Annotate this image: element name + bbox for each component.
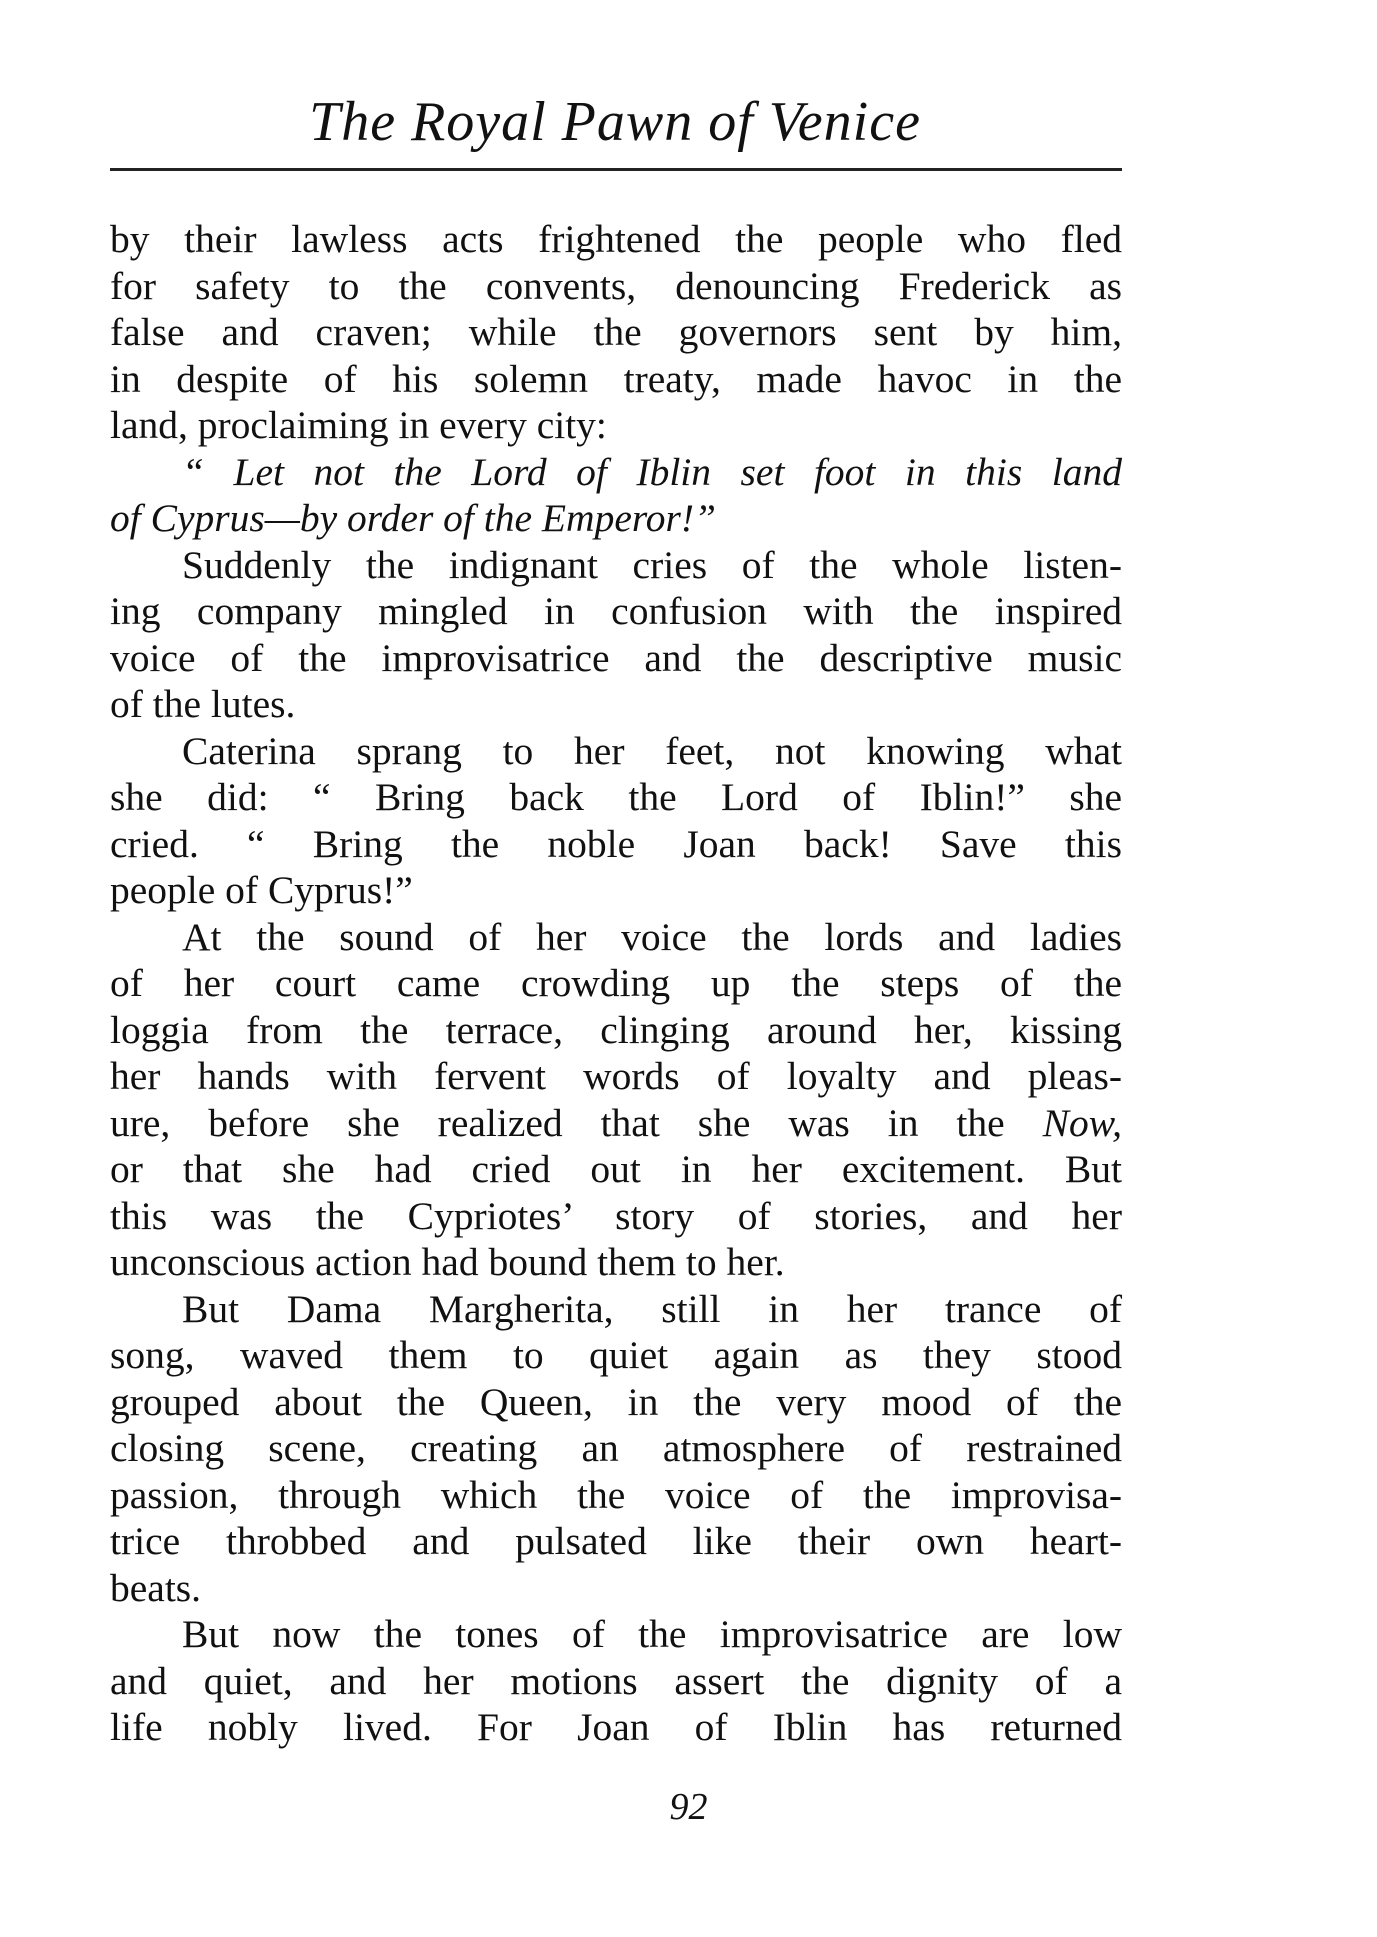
text-line: in despite of his solemn treaty, made ha… <box>110 356 1122 403</box>
emphasis: Now, <box>1043 1101 1122 1145</box>
text-line: land, proclaiming in every city: <box>110 402 1122 449</box>
text-line: of Cyprus—by order of the Emperor!” <box>110 495 1122 542</box>
text-line: voice of the improvisatrice and the desc… <box>110 635 1122 682</box>
text-line: loggia from the terrace, clinging around… <box>110 1007 1122 1054</box>
text-line: closing scene, creating an atmosphere of… <box>110 1425 1122 1472</box>
page-number: 92 <box>0 1785 1377 1829</box>
text-line: song, waved them to quiet again as they … <box>110 1332 1122 1379</box>
text-line: this was the Cypriotes’ story of stories… <box>110 1193 1122 1240</box>
text-line: But now the tones of the improvisatrice … <box>110 1611 1122 1658</box>
text-line: ing company mingled in confusion with th… <box>110 588 1122 635</box>
text-line: false and craven; while the governors se… <box>110 309 1122 356</box>
text-line: trice throbbed and pulsated like their o… <box>110 1518 1122 1565</box>
text-line: she did: “ Bring back the Lord of Iblin!… <box>110 774 1122 821</box>
text-line: people of Cyprus!” <box>110 867 1122 914</box>
text-line: beats. <box>110 1565 1122 1612</box>
text-line: of the lutes. <box>110 681 1122 728</box>
text-line: or that she had cried out in her excitem… <box>110 1146 1122 1193</box>
text-line: At the sound of her voice the lords and … <box>110 914 1122 961</box>
body-text: by their lawless acts frightened the peo… <box>110 216 1122 1751</box>
text-line: for safety to the convents, denouncing F… <box>110 263 1122 310</box>
text-line: But Dama Margherita, still in her trance… <box>110 1286 1122 1333</box>
book-page: The Royal Pawn of Venice by their lawles… <box>0 0 1377 1937</box>
text-line: her hands with fervent words of loyalty … <box>110 1053 1122 1100</box>
text-line: “ Let not the Lord of Iblin set foot in … <box>110 449 1122 496</box>
text-line: life nobly lived. For Joan of Iblin has … <box>110 1704 1122 1751</box>
text-line: grouped about the Queen, in the very moo… <box>110 1379 1122 1426</box>
text-line: ure, before she realized that she was in… <box>110 1100 1122 1147</box>
header-rule <box>110 168 1122 171</box>
text-line: passion, through which the voice of the … <box>110 1472 1122 1519</box>
text-line: unconscious action had bound them to her… <box>110 1239 1122 1286</box>
text-line: of her court came crowding up the steps … <box>110 960 1122 1007</box>
text-line: and quiet, and her motions assert the di… <box>110 1658 1122 1705</box>
running-head: The Royal Pawn of Venice <box>110 90 1120 154</box>
text-line: cried. “ Bring the noble Joan back! Save… <box>110 821 1122 868</box>
text-line: by their lawless acts frightened the peo… <box>110 216 1122 263</box>
text-line: Caterina sprang to her feet, not knowing… <box>110 728 1122 775</box>
text-line: Suddenly the indignant cries of the whol… <box>110 542 1122 589</box>
